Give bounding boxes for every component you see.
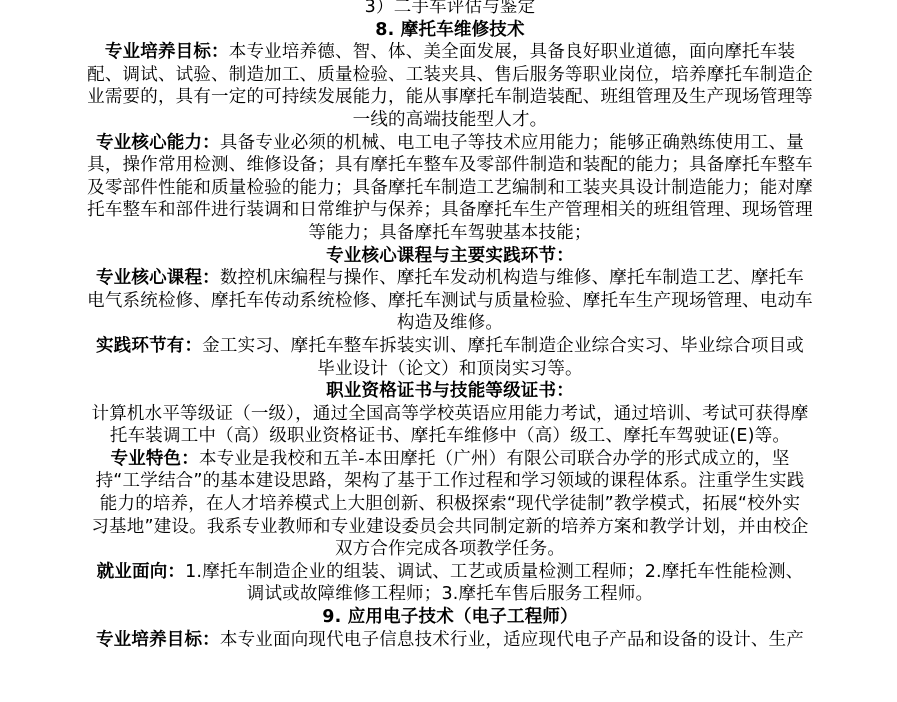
core-courses-line: 数控机床编程与操作、摩托车发动机构造与维修、摩托车制造工艺、摩托车 — [220, 268, 804, 288]
section-8-features: 专业特色：本专业是我校和五羊-本田摩托（广州）有限公司联合办学的形式成立的，坚 … — [20, 448, 880, 561]
section-8-core-courses: 专业核心课程：数控机床编程与操作、摩托车发动机构造与维修、摩托车制造工艺、摩托车… — [20, 267, 880, 335]
features-line: 双方合作完成各项教学任务。 — [20, 538, 880, 561]
features-label: 专业特色： — [110, 449, 199, 469]
employment-line: 调试或故障维修工程师；3.摩托车售后服务工程师。 — [20, 583, 880, 606]
core-courses-label: 专业核心课程： — [96, 268, 220, 288]
section-9-training-goal: 专业培养目标：本专业面向现代电子信息技术行业，适应现代电子产品和设备的设计、生产 — [20, 629, 880, 652]
features-line: 能力的培养，在人才培养模式上大胆创新、积极探索“现代学徒制”教学模式，拓展“校外… — [20, 493, 880, 516]
section-8-certificates: 计算机水平等级证（一级），通过全国高等学校英语应用能力考试，通过培训、考试可获得… — [20, 403, 880, 448]
section-8-training-goal: 专业培养目标：本专业培养德、智、体、美全面发展，具备良好职业道德，面向摩托车装 … — [20, 41, 880, 131]
document-page: 3）二手车评估与鉴定 8. 摩托车维修技术 专业培养目标：本专业培养德、智、体、… — [20, 0, 880, 651]
section-8-employment: 就业面向：1.摩托车制造企业的组装、调试、工艺或质量检测工程师；2.摩托车性能检… — [20, 561, 880, 606]
training-goal-line: 配、调试、试验、制造加工、质量检验、工装夹具、售后服务等职业岗位，培养摩托车制造… — [20, 64, 880, 87]
practice-line: 毕业设计（论文）和顶岗实习等。 — [20, 358, 880, 381]
section-9-goal-label: 专业培养目标： — [96, 630, 220, 650]
certificates-line: 托车装调工中（高）级职业资格证书、摩托车维修中（高）级工、摩托车驾驶证(E)等。 — [20, 425, 880, 448]
section-9-goal-line: 本专业面向现代电子信息技术行业，适应现代电子产品和设备的设计、生产 — [220, 630, 804, 650]
core-ability-label: 专业核心能力： — [96, 133, 220, 153]
certificates-line: 计算机水平等级证（一级），通过全国高等学校英语应用能力考试，通过培训、考试可获得… — [20, 403, 880, 426]
employment-line: 1.摩托车制造企业的组装、调试、工艺或质量检测工程师；2.摩托车性能检测、 — [185, 562, 803, 582]
core-ability-line: 等能力；具备摩托车驾驶基本技能； — [20, 222, 880, 245]
employment-label: 就业面向： — [97, 562, 186, 582]
training-goal-label: 专业培养目标： — [105, 42, 229, 62]
core-ability-line: 及零部件性能和质量检验的能力；具备摩托车制造工艺编制和工装夹具设计制造能力；能对… — [20, 177, 880, 200]
features-line: 习基地”建设。我系专业教师和专业建设委员会共同制定新的培养方案和教学计划，并由校… — [20, 516, 880, 539]
section-8-practice: 实践环节有：金工实习、摩托车整车拆装实训、摩托车制造企业综合实习、毕业综合项目或… — [20, 335, 880, 380]
core-courses-line: 构造及维修。 — [20, 312, 880, 335]
core-ability-line: 托车整车和部件进行装调和日常维护与保养；具备摩托车生产管理相关的班组管理、现场管… — [20, 199, 880, 222]
core-ability-line: 具备专业必须的机械、电工电子等技术应用能力；能够正确熟练使用工、量 — [220, 133, 804, 153]
section-8-core-ability: 专业核心能力：具备专业必须的机械、电工电子等技术应用能力；能够正确熟练使用工、量… — [20, 132, 880, 245]
training-goal-line: 本专业培养德、智、体、美全面发展，具备良好职业道德，面向摩托车装 — [229, 42, 795, 62]
training-goal-line: 一线的高端技能型人才。 — [20, 109, 880, 132]
subitem-used-car-evaluation: 3）二手车评估与鉴定 — [20, 0, 880, 19]
core-ability-line: 具，操作常用检测、维修设备；具有摩托车整车及零部件制造和装配的能力；具备摩托车整… — [20, 154, 880, 177]
section-9-title: 9. 应用电子技术（电子工程师） — [20, 606, 880, 629]
practice-label: 实践环节有： — [96, 336, 202, 356]
features-line: 本专业是我校和五羊-本田摩托（广州）有限公司联合办学的形式成立的，坚 — [199, 449, 790, 469]
section-8-title: 8. 摩托车维修技术 — [20, 19, 880, 42]
features-line: 持“工学结合”的基本建设思路，架构了基于工作过程和学习领域的课程体系。注重学生实… — [20, 470, 880, 493]
certificates-heading: 职业资格证书与技能等级证书： — [20, 380, 880, 403]
core-courses-line: 电气系统检修、摩托车传动系统检修、摩托车测试与质量检验、摩托车生产现场管理、电动… — [20, 290, 880, 313]
practice-line: 金工实习、摩托车整车拆装实训、摩托车制造企业综合实习、毕业综合项目或 — [202, 336, 804, 356]
courses-and-practice-heading: 专业核心课程与主要实践环节： — [20, 245, 880, 268]
training-goal-line: 业需要的，具有一定的可持续发展能力，能从事摩托车制造装配、班组管理及生产现场管理… — [20, 86, 880, 109]
